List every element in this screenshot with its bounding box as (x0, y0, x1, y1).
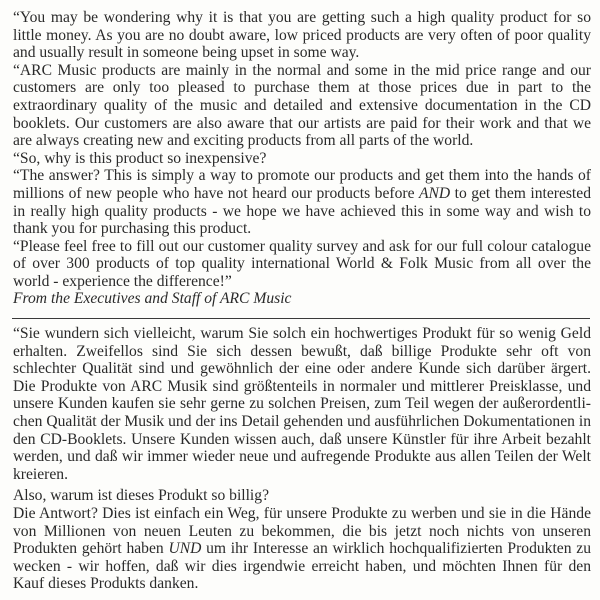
paragraph-en-4: “The answer? This is simply a way to pro… (13, 167, 591, 237)
paragraph-en-2: “ARC Music products are mainly in the no… (13, 62, 591, 150)
paragraph-en-3: “So, why is this product so inexpensive? (13, 150, 591, 168)
paragraph-en-5: “Please feel free to fill out our custom… (13, 238, 591, 291)
paragraph-en-1: “You may be wondering why it is that you… (13, 9, 591, 62)
document-page: “You may be wondering why it is that you… (0, 0, 600, 600)
paragraph-de-3: Die Antwort? Dies ist einfach ein Weg, f… (13, 505, 591, 593)
english-section: “You may be wondering why it is that you… (13, 9, 591, 291)
paragraph-de-2: Also, warum ist dieses Produkt so billig… (13, 487, 591, 505)
emphasis-text: UND (168, 540, 201, 557)
section-divider (12, 318, 590, 319)
german-section: “Sie wundern sich vielleicht, warum Sie … (13, 325, 591, 593)
paragraph-de-1: “Sie wundern sich vielleicht, warum Sie … (13, 325, 591, 483)
signature: From the Executives and Staff of ARC Mus… (13, 290, 291, 308)
emphasis-text: AND (419, 185, 450, 202)
